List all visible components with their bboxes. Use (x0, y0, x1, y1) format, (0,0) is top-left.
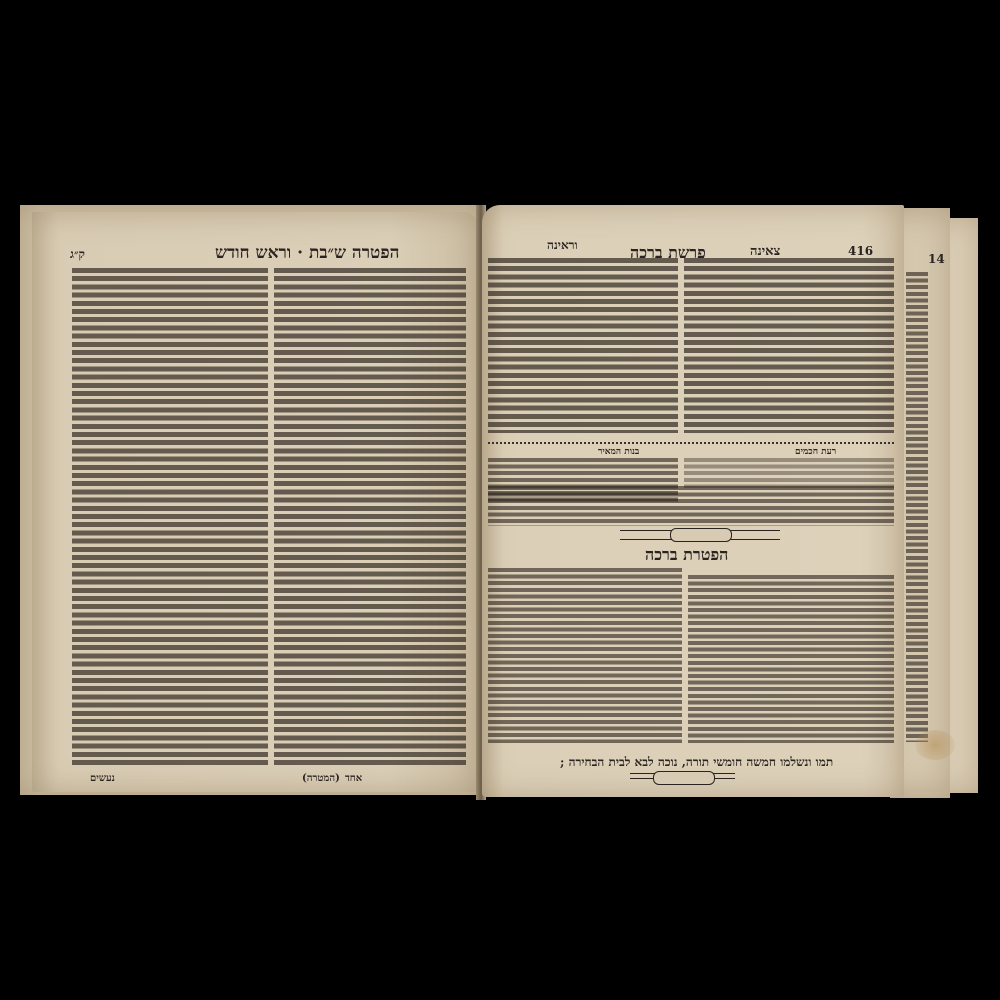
closing-line: תמו ונשלמו חמשה חומשי תורה, נוכה לבא לבי… (560, 755, 833, 770)
haftarah-column-left (488, 568, 682, 743)
water-stain (915, 730, 955, 760)
left-page-number: ק״ג (70, 247, 85, 262)
right-head-ureenah: וראינה (547, 238, 578, 253)
section-divider (488, 442, 894, 444)
haftarah-column-right (688, 575, 894, 743)
left-footer-note: (המטרה) (302, 773, 340, 784)
next-page-number: 14 (928, 252, 945, 266)
commentary-right (684, 458, 894, 488)
closing-ornament (630, 773, 735, 779)
right-page-number: 416 (848, 244, 873, 258)
haftarah-title: הפטרת ברכה (645, 545, 728, 565)
next-page-text-column (906, 272, 928, 742)
section-title-daas-chachamim: רעת חכמים (795, 446, 836, 457)
left-running-head: הפטרה ש״בת · וראש חודש (215, 243, 399, 263)
commentary-full-width (488, 486, 894, 526)
right-page-top-column-left (488, 258, 678, 433)
left-page-column-left (72, 268, 268, 768)
left-page-column-right (274, 268, 466, 768)
right-head-tzeenah: צאינה (750, 243, 780, 259)
ornamental-divider (620, 530, 780, 540)
section-title-bnos-hameir: בנות המאיר (598, 446, 639, 457)
right-page-top-column-right (684, 258, 894, 433)
left-catchword: נעשים (90, 773, 115, 784)
left-footer-word: אחד (345, 773, 362, 784)
